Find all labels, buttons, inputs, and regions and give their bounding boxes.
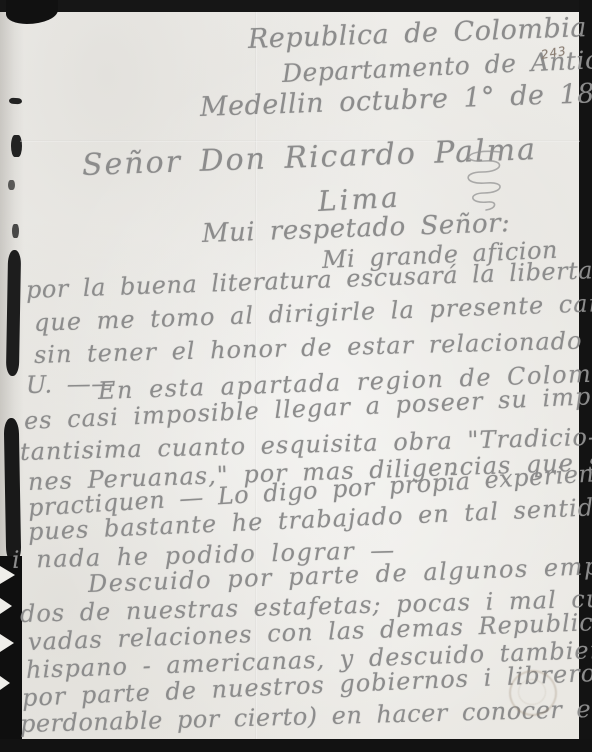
- edge-damage-mark: [8, 180, 15, 190]
- scan-border-top: [0, 0, 592, 12]
- scan-border-bottom: [0, 739, 592, 752]
- scanned-letter-page: Republica de Colombia Departamento de An…: [0, 0, 592, 752]
- rubric-flourish-icon: [446, 146, 504, 218]
- edge-damage-mark: [12, 224, 19, 238]
- edge-damage-mark: [11, 135, 22, 157]
- scan-border-top-blob: [6, 0, 58, 24]
- edge-damage-mark: [9, 98, 22, 105]
- edge-tear-notch: [0, 676, 10, 690]
- edge-tear-notch: [0, 598, 12, 614]
- library-stamp-inner-ring: [518, 679, 546, 705]
- edge-damage-band: [4, 418, 22, 563]
- edge-tear-notch: [0, 634, 14, 652]
- header-dateline: Medellin octubre 1° de 1886.: [199, 77, 592, 123]
- library-stamp-icon: [509, 670, 557, 716]
- edge-damage-band: [6, 250, 21, 376]
